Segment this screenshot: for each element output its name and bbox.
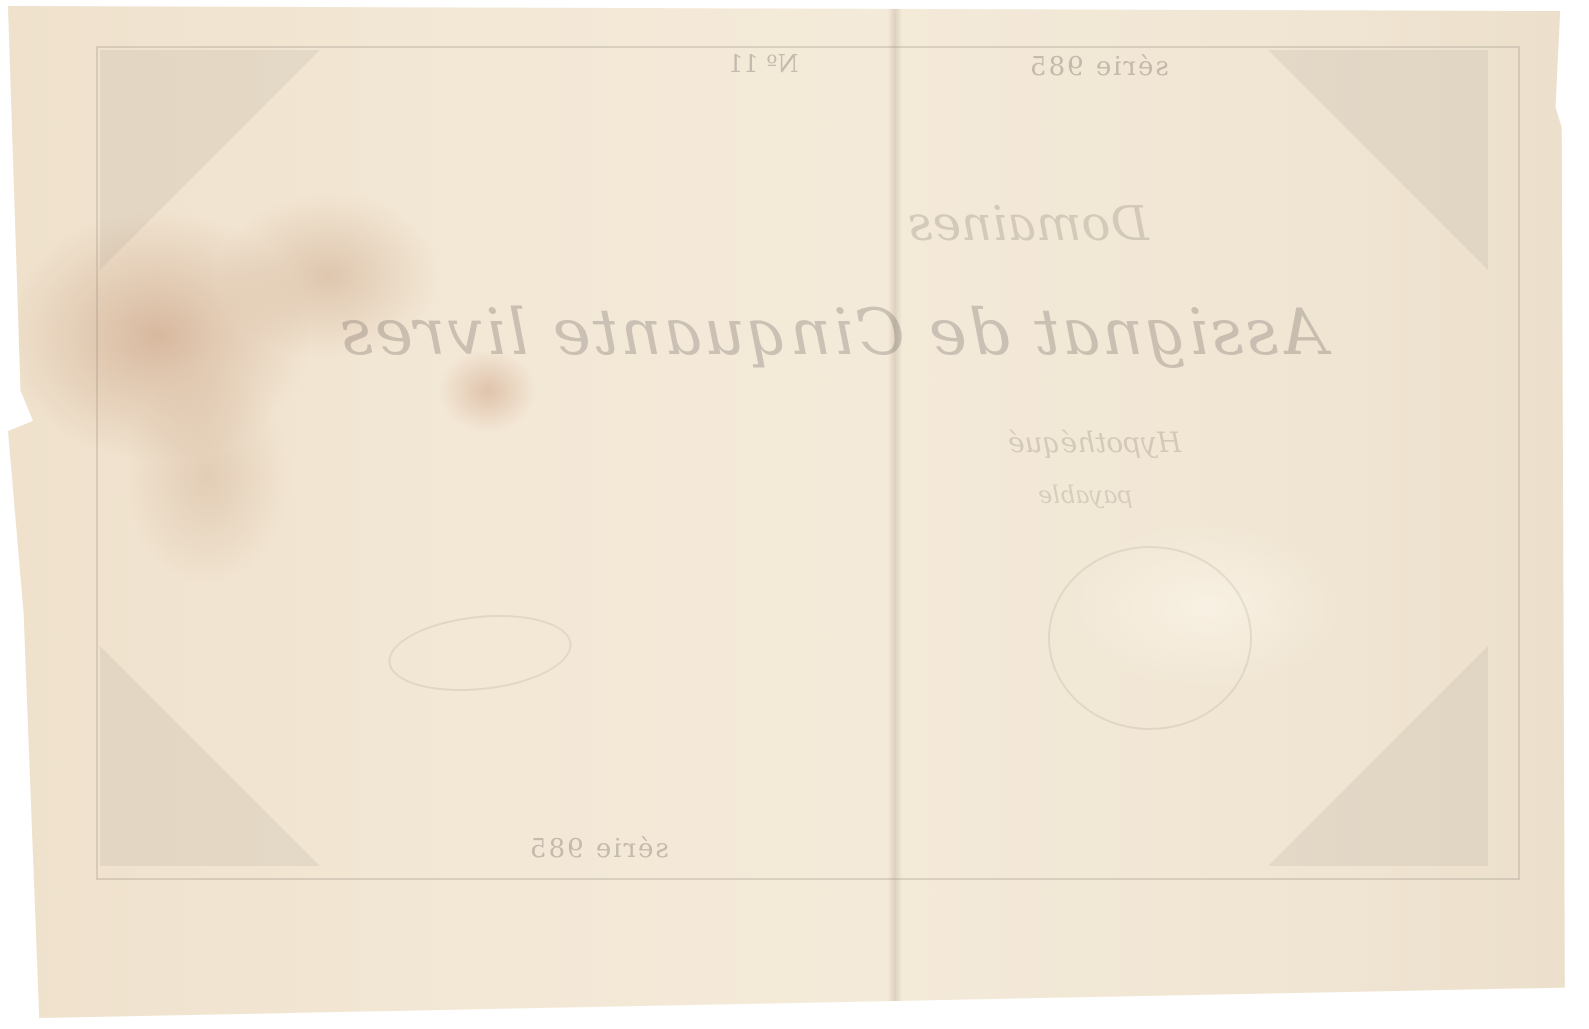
dry-seal-embossing — [1048, 546, 1252, 730]
upper-script-mirrored: Domaines — [908, 196, 1149, 252]
headline-mirrored: Assignat de Cinquante livres — [338, 296, 1327, 370]
middle-line-mirrored: Hypothéqué — [1008, 426, 1181, 459]
note-number-mirrored: Nº 11 — [728, 50, 798, 78]
serial-top-mirrored: série 985 — [1028, 52, 1169, 82]
printed-border-frame — [96, 46, 1520, 880]
lower-line-mirrored: payable — [1038, 481, 1133, 509]
banknote-paper: Nº 11 série 985 Domaines Assignat de Cin… — [8, 6, 1568, 1018]
serial-bottom-mirrored: série 985 — [528, 834, 669, 864]
